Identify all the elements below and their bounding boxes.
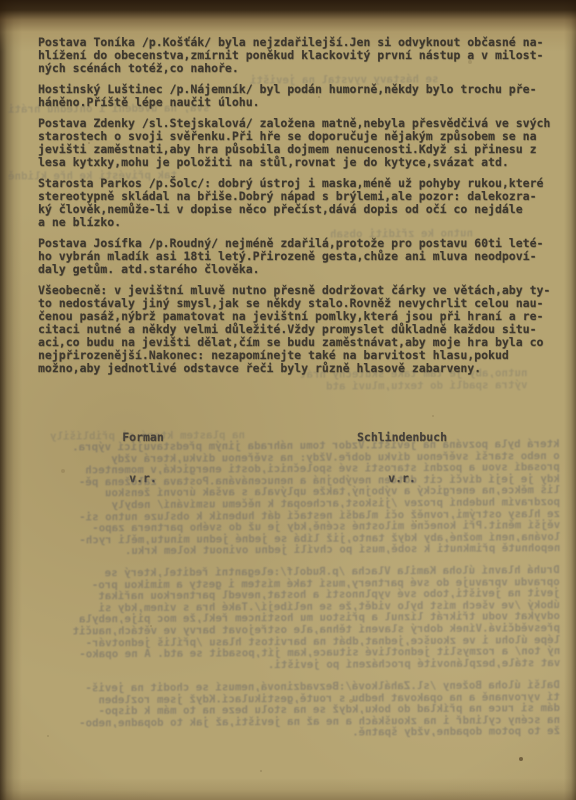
paragraph-starosta: Starosta Parkos /p.Šolc/: dobrý ústroj i… <box>38 177 560 229</box>
bleedthrough-block-c: Další úloha Boženy /sl.Zahálková/:Bezvad… <box>20 679 560 741</box>
paragraph-postava-zdenky: Postava Zdenky /sl.Stejskalová/ založena… <box>38 117 560 169</box>
document-body: Postava Toníka /p.Košťák/ byla nejzdařil… <box>38 36 560 383</box>
paragraph-vseobecne: Všeobecně: v jevištní mluvě nutno přesně… <box>38 284 560 375</box>
paragraph-hostinsky: Hostinský Luštinec /p.Nájemník/ byl podá… <box>38 83 560 109</box>
scanned-document-page: se hástavy vyvstal na jevišti svá, na uv… <box>0 0 576 800</box>
bleedthrough-block-a: která byla pozvána na jevišti.Vzdor tomu… <box>20 438 561 558</box>
bleedthrough-block-b: Druhá hlavní úloha Kamila Vlacha /p.Rudo… <box>24 564 561 672</box>
paragraph-postava-josifka: Postava Josífka /p.Roudný/ nejméně zdaři… <box>38 237 560 276</box>
paper-texture <box>0 0 2 2</box>
paragraph-postava-tonika: Postava Toníka /p.Košťák/ byla nejzdařil… <box>38 36 560 75</box>
